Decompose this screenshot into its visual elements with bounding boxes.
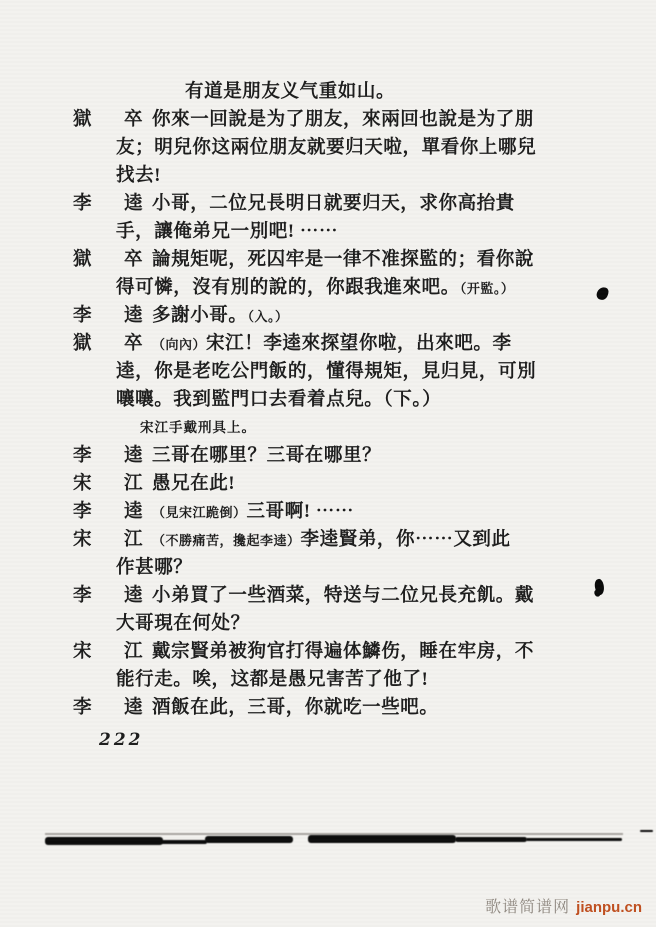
page-number: 222 bbox=[99, 730, 144, 750]
text-segment: 三哥啊! ⋯⋯ bbox=[247, 502, 355, 522]
dialogue-text: 得可憐，沒有別的說的，你跟我進來吧。（开監。） bbox=[116, 274, 514, 303]
script-line: 李逵小弟買了一些酒菜，特送与二位兄長充飢。戴 bbox=[0, 582, 656, 610]
script-line: 李逵三哥在哪里？三哥在哪里？ bbox=[0, 442, 656, 470]
dialogue-text: 作甚哪？ bbox=[116, 554, 192, 582]
text-segment: 三哥在哪里？三哥在哪里？ bbox=[152, 446, 381, 466]
text-segment: 宋江手戴刑具上。 bbox=[140, 420, 256, 435]
dialogue-text: 愚兄在此! bbox=[152, 470, 235, 498]
text-segment: 戴宗賢弟被狗官打得遍体鱗伤，睡在牢房，不 bbox=[152, 642, 534, 662]
text-segment: 小哥，二位兄長明日就要归天，求你高抬貴 bbox=[152, 194, 515, 214]
text-segment: 多謝小哥。 bbox=[152, 306, 248, 326]
speaker-name-char: 宋 bbox=[73, 526, 92, 554]
text-segment: 小弟買了一些酒菜，特送与二位兄長充飢。戴 bbox=[152, 586, 534, 606]
script-line: 獄卒你來一回說是为了朋友，來兩回也說是为了朋 bbox=[0, 106, 656, 134]
speaker-name-char: 李 bbox=[73, 442, 92, 470]
text-segment: 大哥現在何处？ bbox=[116, 614, 250, 634]
dialogue-text: 小哥，二位兄長明日就要归天，求你高抬貴 bbox=[152, 190, 515, 218]
stage-direction-line: 宋江手戴刑具上。 bbox=[0, 414, 656, 442]
dialogue-text: 戴宗賢弟被狗官打得遍体鱗伤，睡在牢房，不 bbox=[152, 638, 534, 666]
script-line: 宋江（不勝痛苦，攙起李逵）李逵賢弟，你⋯⋯又到此 bbox=[0, 526, 656, 554]
inline-stage-note: （見宋江跪倒） bbox=[152, 505, 247, 520]
text-segment: 能行走。唉，这都是愚兄害苦了他了! bbox=[116, 670, 428, 690]
dialogue-text: （見宋江跪倒）三哥啊! ⋯⋯ bbox=[152, 498, 354, 527]
script-line: 李逵多謝小哥。（入。） bbox=[0, 302, 656, 330]
inline-stage-note: （向內） bbox=[152, 337, 206, 352]
dialogue-text: 多謝小哥。（入。） bbox=[152, 302, 289, 331]
speaker-name-char: 卒 bbox=[124, 330, 143, 358]
script-line: 作甚哪？ bbox=[0, 554, 656, 582]
script-line: 李逵（見宋江跪倒）三哥啊! ⋯⋯ bbox=[0, 498, 656, 526]
watermark: 歌谱简谱网jianpu.cn bbox=[485, 894, 642, 917]
text-segment: 作甚哪？ bbox=[116, 558, 192, 578]
dialogue-text: 論規矩呢，死囚牢是一律不准探監的；看你說 bbox=[152, 246, 534, 274]
watermark-site-name: 歌谱简谱网 bbox=[485, 899, 570, 916]
script-line: 宋江愚兄在此! bbox=[0, 470, 656, 498]
script-line: 有道是朋友义气重如山。 bbox=[0, 78, 656, 106]
dialogue-text: （不勝痛苦，攙起李逵）李逵賢弟，你⋯⋯又到此 bbox=[152, 526, 511, 555]
speaker-name-char: 卒 bbox=[124, 246, 143, 274]
text-segment: 找去! bbox=[116, 166, 161, 186]
speaker-name-char: 李 bbox=[73, 498, 92, 526]
dialogue-text: 能行走。唉，这都是愚兄害苦了他了! bbox=[116, 666, 428, 694]
speaker-name-char: 逵 bbox=[124, 694, 143, 722]
dialogue-text: 你來一回說是为了朋友，來兩回也說是为了朋 bbox=[152, 106, 534, 134]
speaker-name-char: 宋 bbox=[73, 470, 92, 498]
verse-line-text: 有道是朋友义气重如山。 bbox=[185, 78, 395, 106]
text-segment: 逵，你是老吃公門飯的，懂得規矩，見归見，可別 bbox=[116, 362, 536, 382]
watermark-site-domain: jianpu.cn bbox=[576, 899, 642, 916]
dialogue-text: 酒飯在此，三哥，你就吃一些吧。 bbox=[152, 694, 439, 722]
inline-stage-note: （开監。） bbox=[460, 281, 515, 296]
text-segment: 酒飯在此，三哥，你就吃一些吧。 bbox=[152, 698, 439, 718]
text-segment: 李逵賢弟，你⋯⋯又到此 bbox=[301, 530, 511, 550]
speaker-name-char: 宋 bbox=[73, 638, 92, 666]
text-segment: 得可憐，沒有別的說的，你跟我進來吧。 bbox=[116, 278, 460, 298]
text-segment: 論規矩呢，死囚牢是一律不准探監的；看你說 bbox=[152, 250, 534, 270]
speaker-name-char: 卒 bbox=[124, 106, 143, 134]
speaker-name-char: 逵 bbox=[124, 498, 143, 526]
dialogue-text: 小弟買了一些酒菜，特送与二位兄長充飢。戴 bbox=[152, 582, 534, 610]
script-line: 獄卒論規矩呢，死囚牢是一律不准探監的；看你說 bbox=[0, 246, 656, 274]
text-segment: 愚兄在此! bbox=[152, 474, 235, 494]
dialogue-text: 找去! bbox=[116, 162, 161, 190]
script-line: 宋江戴宗賢弟被狗官打得遍体鱗伤，睡在牢房，不 bbox=[0, 638, 656, 666]
dialogue-text: 友；明兒你这兩位朋友就要归天啦，單看你上哪兒 bbox=[116, 134, 536, 162]
script-line: 能行走。唉，这都是愚兄害苦了他了! bbox=[0, 666, 656, 694]
script-line: 逵，你是老吃公門飯的，懂得規矩，見归見，可別 bbox=[0, 358, 656, 386]
speaker-name-char: 逵 bbox=[124, 582, 143, 610]
script-line: 李逵小哥，二位兄長明日就要归天，求你高抬貴 bbox=[0, 190, 656, 218]
dialogue-text: （向內）宋江！李逵來探望你啦，出來吧。李 bbox=[152, 330, 512, 359]
text-segment: 你來一回說是为了朋友，來兩回也說是为了朋 bbox=[152, 110, 534, 130]
speaker-name-char: 逵 bbox=[124, 442, 143, 470]
text-segment: 嚷嚷。我到監門口去看着点兒。（下。） bbox=[116, 390, 441, 410]
dialogue-text: 手，讓俺弟兄一別吧! ⋯⋯ bbox=[116, 218, 338, 246]
script-line: 手，讓俺弟兄一別吧! ⋯⋯ bbox=[0, 218, 656, 246]
dialogue-text: 三哥在哪里？三哥在哪里？ bbox=[152, 442, 381, 470]
speaker-name-char: 江 bbox=[124, 470, 143, 498]
speaker-name-char: 逵 bbox=[124, 302, 143, 330]
speaker-name-char: 李 bbox=[73, 302, 92, 330]
scanned-book-page: 有道是朋友义气重如山。獄卒你來一回說是为了朋友，來兩回也說是为了朋友；明兒你这兩… bbox=[0, 0, 656, 927]
text-segment: 友；明兒你这兩位朋友就要归天啦，單看你上哪兒 bbox=[116, 138, 536, 158]
speaker-name-char: 江 bbox=[124, 638, 143, 666]
script-line: 友；明兒你这兩位朋友就要归天啦，單看你上哪兒 bbox=[0, 134, 656, 162]
text-segment: 宋江！李逵來探望你啦，出來吧。李 bbox=[206, 334, 512, 354]
speaker-name-char: 獄 bbox=[73, 246, 92, 274]
script-line: 大哥現在何处？ bbox=[0, 610, 656, 638]
inline-stage-note: （不勝痛苦，攙起李逵） bbox=[152, 533, 301, 548]
text-segment: 有道是朋友义气重如山。 bbox=[185, 82, 395, 102]
dialogue-text: 嚷嚷。我到監門口去看着点兒。（下。） bbox=[116, 386, 441, 414]
script-line: 找去! bbox=[0, 162, 656, 190]
dialogue-text: 大哥現在何处？ bbox=[116, 610, 250, 638]
script-line: 獄卒（向內）宋江！李逵來探望你啦，出來吧。李 bbox=[0, 330, 656, 358]
script-line: 李逵酒飯在此，三哥，你就吃一些吧。 bbox=[0, 694, 656, 722]
inline-stage-note: （入。） bbox=[248, 309, 289, 324]
text-segment: 手，讓俺弟兄一別吧! ⋯⋯ bbox=[116, 222, 338, 242]
speaker-name-char: 獄 bbox=[73, 330, 92, 358]
script-line: 嚷嚷。我到監門口去看着点兒。（下。） bbox=[0, 386, 656, 414]
speaker-name-char: 李 bbox=[73, 582, 92, 610]
play-script-text-block: 有道是朋友义气重如山。獄卒你來一回說是为了朋友，來兩回也說是为了朋友；明兒你这兩… bbox=[0, 78, 656, 722]
script-line: 得可憐，沒有別的說的，你跟我進來吧。（开監。） bbox=[0, 274, 656, 302]
dialogue-text: 逵，你是老吃公門飯的，懂得規矩，見归見，可別 bbox=[116, 358, 536, 386]
stage-direction-text: 宋江手戴刑具上。 bbox=[140, 414, 256, 442]
speaker-name-char: 李 bbox=[73, 190, 92, 218]
speaker-name-char: 逵 bbox=[124, 190, 143, 218]
speaker-name-char: 江 bbox=[124, 526, 143, 554]
speaker-name-char: 李 bbox=[73, 694, 92, 722]
speaker-name-char: 獄 bbox=[73, 106, 92, 134]
